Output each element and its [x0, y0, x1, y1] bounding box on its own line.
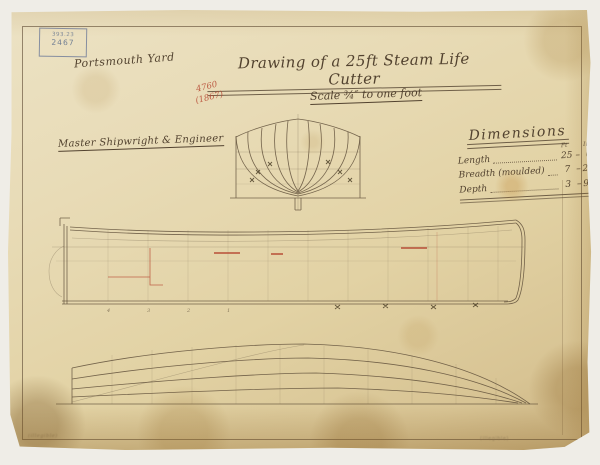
corner-annotation-right: (illegible): [480, 436, 509, 442]
archive-stamp: 393.23 2467: [39, 28, 87, 58]
sheer-plan-drawing: 4 3 2 1: [46, 214, 580, 318]
station-label-1: 1: [227, 308, 230, 314]
drawing-title: Drawing of a 25ft Steam Life Cutter: [213, 49, 496, 93]
corner-annotation-left: (illegible): [28, 433, 58, 439]
unit-in-label: In: [579, 141, 593, 149]
stamp-line2: 2467: [40, 38, 86, 48]
dimensions-table: Dimensions Ft In Length 25 – 0 Breadth (…: [456, 118, 598, 203]
drawing-title-text: Drawing of a 25ft Steam Life Cutter: [213, 49, 496, 93]
station-label-2: 2: [186, 308, 190, 314]
paper-sheet: 393.23 2467 Portsmouth Yard Drawing of a…: [8, 10, 594, 450]
body-plan-drawing: [228, 106, 368, 218]
scale-annotation: Scale ¾″ to one foot: [310, 86, 422, 103]
half-breadth-plan-drawing: [46, 338, 580, 430]
station-label-4: 4: [106, 308, 110, 314]
station-label-3: 3: [147, 308, 150, 314]
unit-ft-label: Ft: [557, 142, 571, 150]
